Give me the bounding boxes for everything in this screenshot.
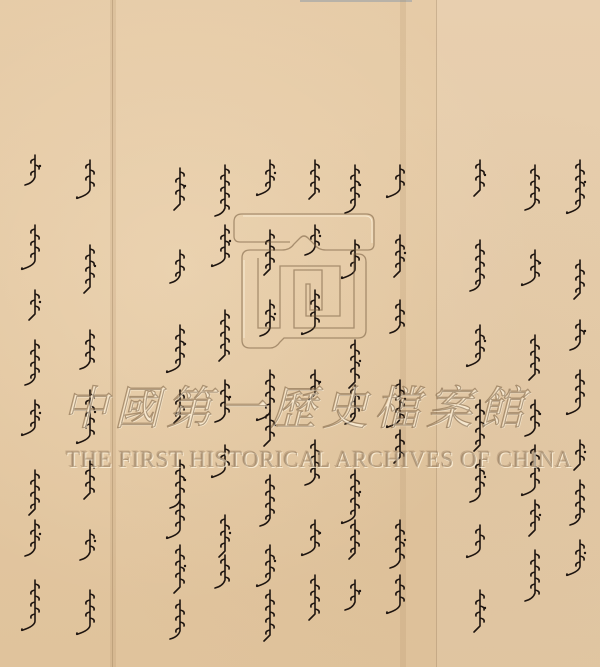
manchu-word (300, 160, 330, 207)
manchu-word (565, 480, 595, 531)
manchu-word (340, 580, 370, 616)
manchu-word (20, 225, 50, 274)
manchu-word (385, 235, 415, 285)
manchu-word (300, 575, 330, 628)
manchu-word (75, 530, 105, 566)
manchu-word (75, 330, 105, 375)
manchu-word (165, 500, 195, 543)
manchu-word (520, 250, 550, 290)
manchu-word (565, 540, 595, 580)
manchu-word (20, 290, 50, 328)
manchu-word (520, 550, 550, 607)
manchu-word (385, 575, 415, 618)
manchu-word (465, 325, 495, 371)
manchu-word (465, 525, 495, 562)
fold-line-left-edge (112, 0, 113, 667)
manchu-word (255, 545, 285, 591)
manchu-word (340, 520, 370, 567)
manchu-word (20, 580, 50, 635)
document-scan: 中國第一歷史檔案館 THE FIRST HISTORICAL ARCHIVES … (0, 0, 600, 667)
manchu-word (465, 590, 495, 640)
manchu-word (255, 475, 285, 532)
manchu-word (565, 320, 595, 356)
manchu-word (465, 240, 495, 297)
manchu-word (520, 500, 550, 544)
fold-line-left (110, 0, 116, 667)
fold-line-right (436, 0, 437, 667)
manchu-word (20, 470, 50, 523)
manchu-word (300, 520, 330, 560)
manchu-word (565, 370, 595, 419)
manchu-word (465, 160, 495, 204)
manchu-word (75, 160, 105, 203)
manchu-word (255, 160, 285, 200)
manchu-word (520, 165, 550, 216)
manchu-word (20, 400, 50, 440)
watermark-chinese-text: 中國第一歷史檔案館 (62, 372, 542, 442)
watermark-english-text: THE FIRST HISTORICAL ARCHIVES OF CHINA (66, 447, 546, 473)
manchu-word (565, 160, 595, 218)
manchu-word (20, 520, 50, 562)
manchu-word (75, 590, 105, 639)
manchu-word (75, 245, 105, 301)
scan-edge-strip (300, 0, 412, 2)
manchu-word (385, 520, 415, 574)
archives-seal-logo-icon (230, 210, 378, 352)
manchu-word (385, 300, 415, 339)
manchu-word (20, 340, 50, 391)
manchu-word (565, 260, 595, 307)
manchu-word (165, 600, 195, 645)
manchu-word (165, 250, 195, 289)
manchu-word (385, 165, 415, 202)
manchu-word (210, 555, 240, 594)
manchu-word (165, 168, 195, 218)
manchu-word (255, 590, 285, 649)
manchu-word (165, 325, 195, 377)
manchu-word (20, 155, 50, 191)
manchu-word (165, 545, 195, 601)
